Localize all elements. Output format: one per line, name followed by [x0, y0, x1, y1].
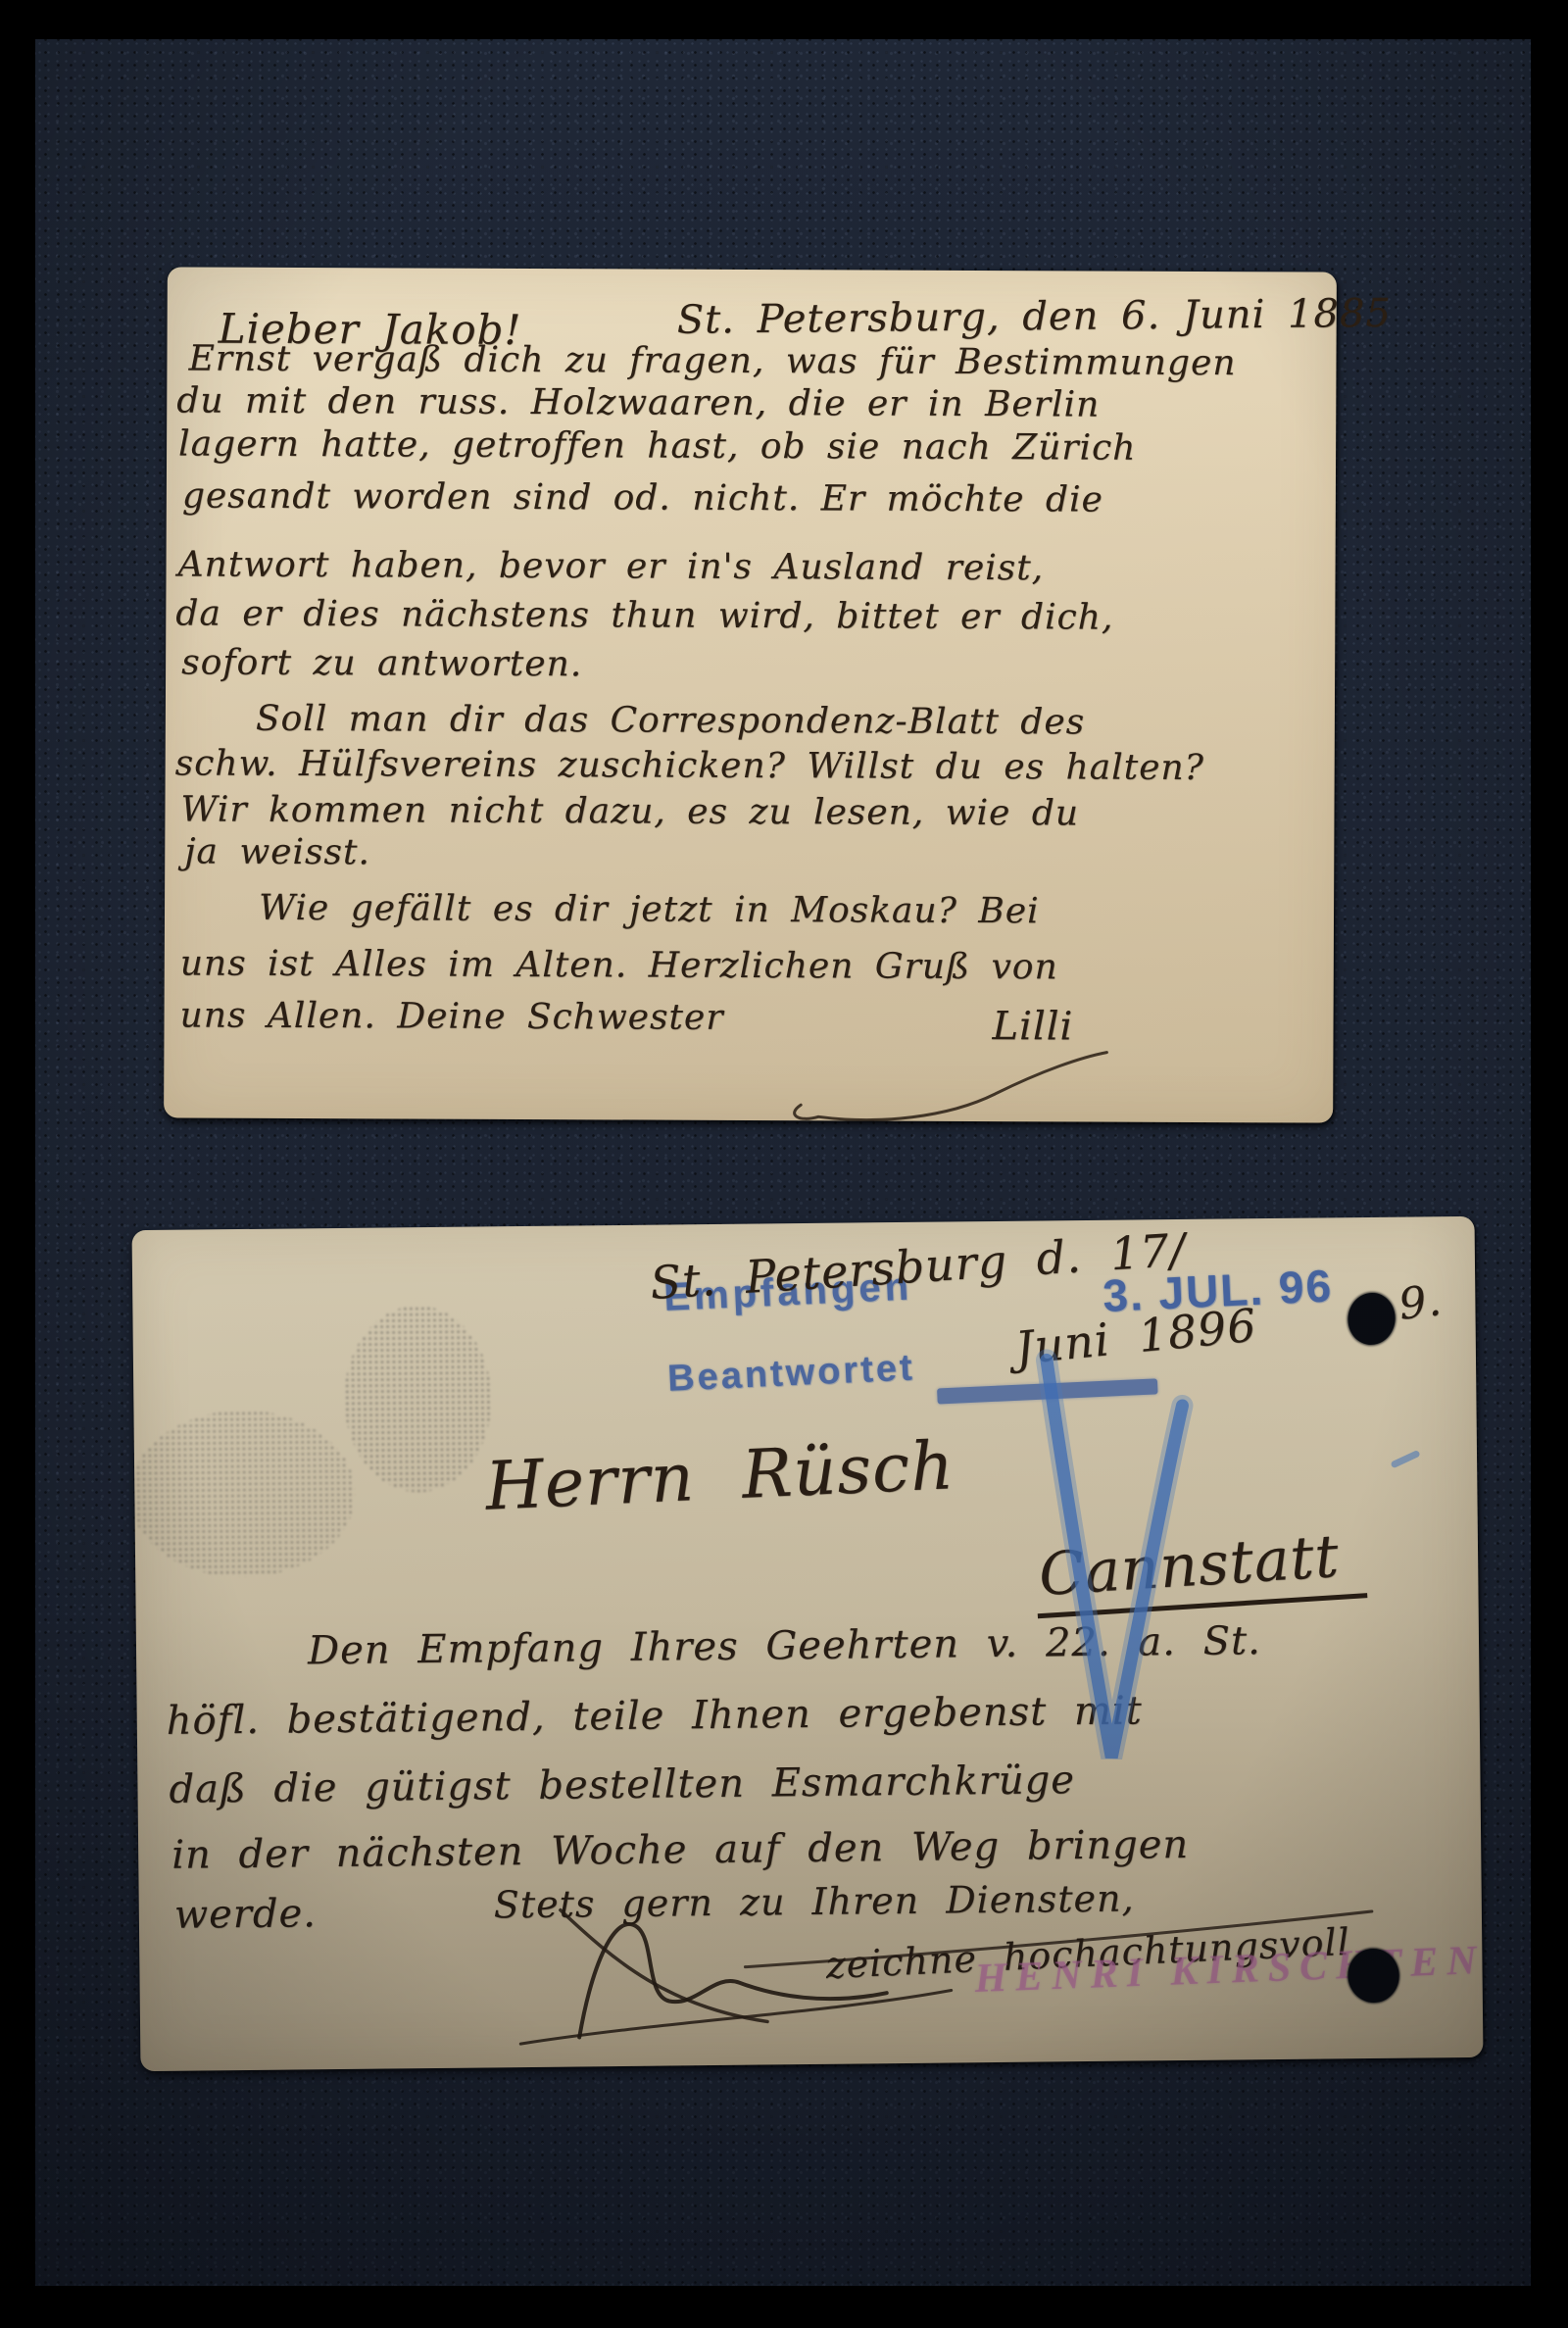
album-page-background: Lieber Jakob! St. Petersburg, den 6. Jun…	[35, 39, 1531, 2286]
handwriting-line: Den Empfang Ihres Geehrten v. 22. a. St.	[308, 1618, 1261, 1673]
address-name: Herrn Rüsch	[484, 1427, 956, 1526]
handwriting-line: höfl. bestätigend, teile Ihnen ergebenst…	[167, 1688, 1143, 1743]
address-city: Cannstatt	[1033, 1520, 1367, 1618]
handwriting-line: ja weisst.	[184, 831, 370, 872]
handwriting-line: uns ist Alles im Alten. Herzlichen Gruß …	[180, 943, 1058, 987]
handwriting-line: da er dies nächstens thun wird, bittet e…	[175, 593, 1113, 637]
handwriting-line: du mit den russ. Holzwaaren, die er in B…	[176, 380, 1100, 424]
handwriting-line: daß die gütigst bestellten Esmarchkrüge	[169, 1758, 1075, 1812]
handwriting-line: Wie gefällt es dir jetzt in Moskau? Bei	[259, 888, 1040, 931]
handwriting-line: gesandt worden sind od. nicht. Er möchte…	[182, 475, 1103, 520]
ink-smudge	[128, 1410, 356, 1578]
answered-stamp: Beantwortet	[666, 1347, 915, 1400]
postcard-1896: Empfangen 3. JUL. 96 Beantwortet St. Pet…	[132, 1216, 1484, 2071]
handwriting-line: in der nächsten Woche auf den Weg bringe…	[171, 1822, 1189, 1878]
punch-hole	[1345, 1290, 1397, 1348]
place-date-line: St. Petersburg, den 6. Juni 1885	[676, 291, 1392, 343]
handwriting-line: Antwort haben, bevor er in's Ausland rei…	[177, 544, 1044, 588]
photo-frame: Lieber Jakob! St. Petersburg, den 6. Jun…	[0, 0, 1568, 2328]
handwriting-line: sofort zu antworten.	[181, 642, 582, 684]
closing-line: Stets gern zu Ihren Diensten,	[494, 1877, 1135, 1927]
handwritten-date-line2: Juni 1896	[1013, 1299, 1259, 1375]
handwritten-date-fragment: 9.	[1396, 1275, 1445, 1330]
ink-smudge	[343, 1305, 492, 1493]
handwriting-line: Wir kommen nicht dazu, es zu lesen, wie …	[180, 789, 1079, 833]
handwriting-line: schw. Hülfsvereins zuschicken? Willst du…	[175, 743, 1204, 788]
handwriting-line: werde.	[174, 1891, 318, 1938]
handwriting-line: uns Allen. Deine Schwester	[179, 995, 723, 1037]
handwriting-line: lagern hatte, getroffen hast, ob sie nac…	[178, 423, 1136, 468]
signature-name: Lilli	[992, 1004, 1073, 1049]
handwriting-line: Soll man dir das Correspondenz-Blatt des	[256, 699, 1085, 743]
postcard-1885: Lieber Jakob! St. Petersburg, den 6. Jun…	[164, 267, 1337, 1122]
handwriting-line: Ernst vergaß dich zu fragen, was für Bes…	[188, 338, 1236, 383]
answered-stamp-line	[937, 1378, 1157, 1404]
